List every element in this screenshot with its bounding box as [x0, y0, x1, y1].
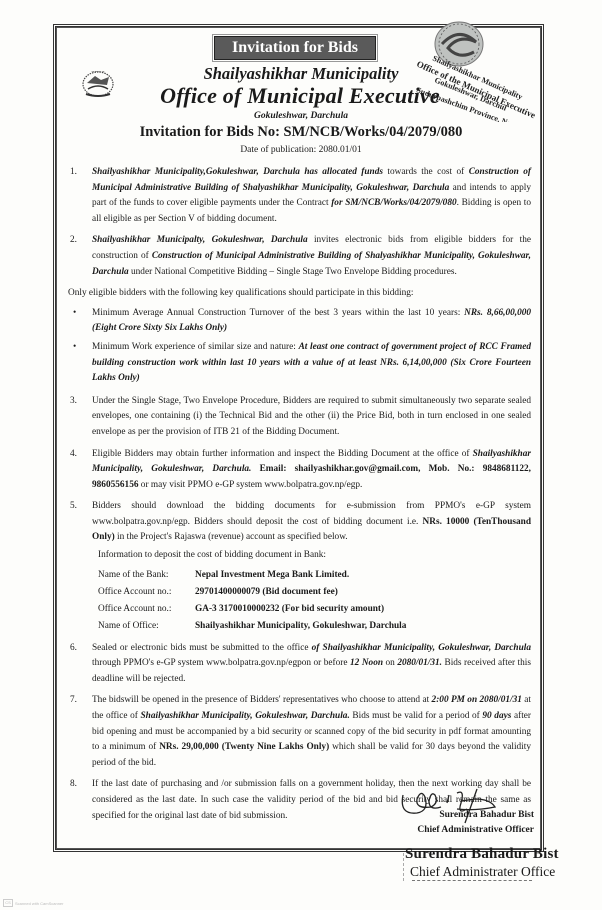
bank-row-value: GA-3 3170010000232 (For bid security amo… — [195, 601, 384, 618]
paragraph-4: 4. Eligible Bidders may obtain further i… — [68, 447, 531, 494]
text: on — [383, 658, 397, 668]
paragraph-number: 3. — [70, 394, 77, 410]
text: Minimum Work experience of similar size … — [92, 342, 299, 352]
paragraph-5: 5. Bidders should download the bidding d… — [68, 499, 531, 546]
opening-datetime: 2:00 PM on 2080/01/31 — [432, 695, 522, 705]
bank-info: Information to deposit the cost of biddi… — [68, 548, 531, 635]
stamp-underline — [412, 880, 532, 881]
municipality-name: Shailyashikhar Municipality — [0, 64, 602, 84]
bullet-icon: • — [73, 340, 76, 356]
camscanner-icon: CS — [3, 899, 13, 907]
paragraph-number: 5. — [70, 499, 77, 515]
text: through PPMO's e-GP system www.bolpatra.… — [92, 658, 350, 668]
publication-date: Date of publication: 2080.01/01 — [0, 145, 602, 155]
title-banner: Invitation for Bids — [214, 36, 376, 60]
office-address: Shailyashikhar Municipality, Gokuleshwar… — [141, 711, 350, 721]
paragraph-number: 4. — [70, 447, 77, 463]
signatory-title: Chief Administrative Officer — [0, 825, 534, 835]
bank-row: Office Account no.: GA-3 3170010000232 (… — [98, 601, 531, 618]
ifb-number: Invitation for Bids No: SM/NCB/Works/04/… — [0, 124, 602, 141]
bank-row-value: Nepal Investment Mega Bank Limited. — [195, 567, 349, 584]
document-body: 1. Shailyashikhar Municipality,Gokuleshw… — [68, 165, 531, 830]
name-stamp-name: Surendra Bahadur Bist — [405, 846, 559, 863]
paragraph-2: 2. Shailyashikhar Municipalty, Gokuleshw… — [68, 233, 531, 280]
bid-security-amount: NRs. 29,00,000 (Twenty Nine Lakhs Only) — [159, 742, 329, 752]
paragraph-number: 2. — [70, 233, 77, 249]
text: towards the cost of — [383, 167, 469, 177]
text: Eligible Bidders may obtain further info… — [92, 449, 473, 459]
paragraph-1: 1. Shailyashikhar Municipality,Gokuleshw… — [68, 165, 531, 227]
bank-row-label: Office Account no.: — [98, 584, 195, 601]
office-address: of Shailyashikhar Municipality, Gokulesh… — [312, 643, 531, 653]
text: in the Project's Rajaswa (revenue) accou… — [115, 532, 348, 542]
bank-row: Name of Office: Shailyashikhar Municipal… — [98, 618, 531, 635]
watermark-text: Scanned with CamScanner — [15, 901, 63, 906]
name-stamp-title: Chief Administrater Office — [410, 864, 555, 880]
bullet-icon: • — [73, 306, 76, 322]
text: Minimum Average Annual Construction Turn… — [92, 308, 464, 318]
text: Under the Single Stage, Two Envelope Pro… — [92, 396, 531, 437]
qualification-turnover: • Minimum Average Annual Construction Tu… — [68, 306, 531, 337]
deadline-date: 2080/01/31. — [397, 658, 442, 668]
bank-row-label: Office Account no.: — [98, 601, 195, 618]
bank-row-value: Shailyashikhar Municipality, Gokuleshwar… — [195, 618, 406, 635]
bank-row-label: Name of the Bank: — [98, 567, 195, 584]
text: under National Competitive Bidding – Sin… — [129, 267, 457, 277]
qualification-experience: • Minimum Work experience of similar siz… — [68, 340, 531, 387]
office-name: Office of Municipal Executive — [0, 83, 600, 109]
bank-row: Name of the Bank: Nepal Investment Mega … — [98, 567, 531, 584]
paragraph-7: 7. The bidswill be opened in the presenc… — [68, 693, 531, 771]
qualifications-intro: Only eligible bidders with the following… — [68, 286, 531, 302]
paragraph-number: 7. — [70, 693, 77, 709]
stamp-edge — [403, 853, 404, 881]
paragraph-number: 6. — [70, 641, 77, 657]
inviting-entity: Shailyashikhar Municipalty, Gokuleshwar,… — [92, 235, 308, 245]
paragraph-number: 1. — [70, 165, 77, 181]
funding-entity: Shailyashikhar Municipality,Gokuleshwar,… — [92, 167, 383, 177]
text: or may visit PPMO e-GP system www.bolpat… — [138, 480, 362, 490]
bank-row-value: 29701400000079 (Bid document fee) — [195, 584, 338, 601]
bank-row: Office Account no.: 29701400000079 (Bid … — [98, 584, 531, 601]
paragraph-3: 3. Under the Single Stage, Two Envelope … — [68, 394, 531, 441]
validity-period: 90 days — [482, 711, 511, 721]
signatory-name: Surendra Bahadur Bist — [0, 810, 534, 820]
text: The bidswill be opened in the presence o… — [92, 695, 432, 705]
deadline-time: 12 Noon — [350, 658, 383, 668]
bank-row-label: Name of Office: — [98, 618, 195, 635]
office-location: Gokuleshwar, Darchula — [0, 111, 602, 121]
bank-info-heading: Information to deposit the cost of biddi… — [98, 548, 531, 564]
paragraph-6: 6. Sealed or electronic bids must be sub… — [68, 641, 531, 688]
text: Sealed or electronic bids must be submit… — [92, 643, 312, 653]
text: Bids must be valid for a period of — [350, 711, 483, 721]
camscanner-watermark: CS Scanned with CamScanner — [3, 899, 63, 907]
paragraph-number: 8. — [70, 777, 77, 793]
contract-number: for SM/NCB/Works/04/2079/080 — [331, 198, 456, 208]
